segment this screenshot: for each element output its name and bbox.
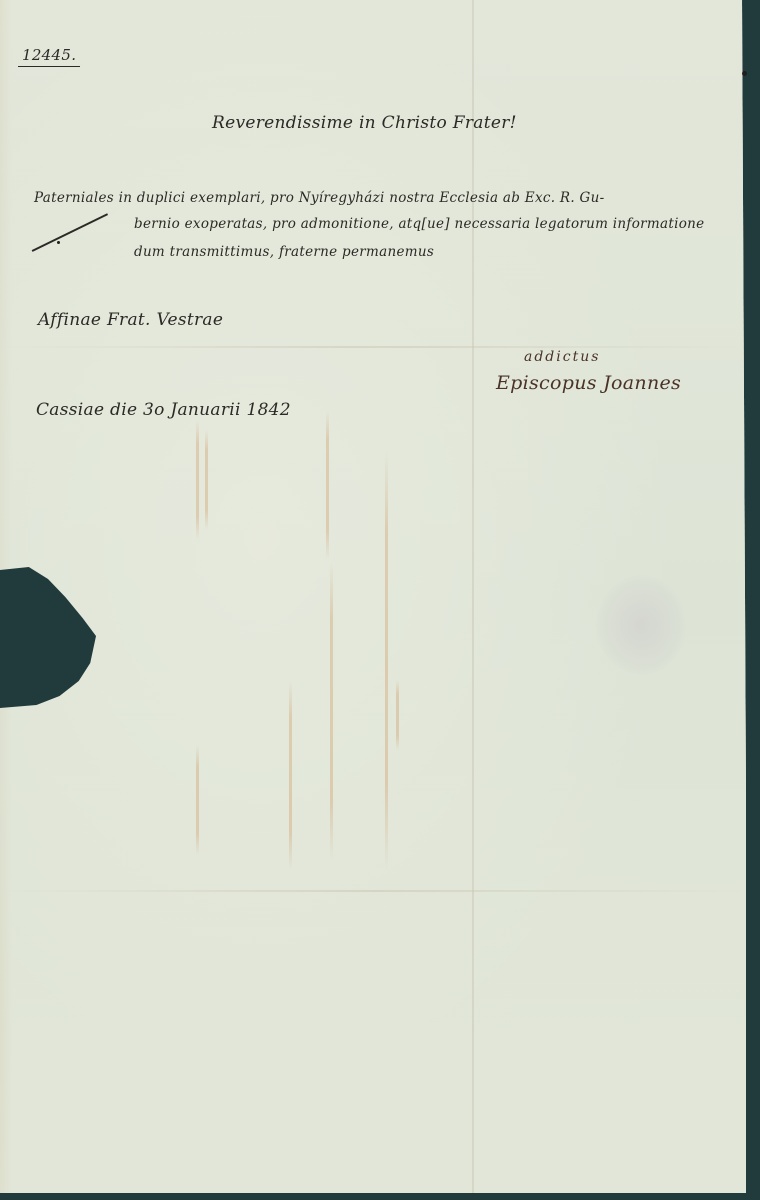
scan-background-bottom	[0, 1193, 760, 1200]
body-line-2: bernio exoperatas, pro admonitione, atq[…	[134, 216, 704, 232]
ink-dot	[57, 241, 60, 244]
bleed-through-ink	[385, 450, 388, 870]
fold-line-vertical	[472, 0, 474, 1193]
bleed-through-ink	[196, 420, 199, 540]
closing-formula: Affinae Frat. Vestrae	[38, 310, 223, 330]
body-line-1: Paterniales in duplici exemplari, pro Ny…	[34, 190, 605, 206]
signature: Episcopus Joannes	[496, 372, 681, 394]
addictus-line: addictus	[524, 349, 600, 365]
bleed-through-ink	[396, 680, 399, 750]
place-and-date: Cassiae die 3o Januarii 1842	[36, 400, 291, 420]
faded-seal-mark	[596, 575, 686, 675]
scan-background-right	[746, 0, 760, 1200]
bleed-through-ink	[330, 560, 333, 860]
fold-line-horizontal	[0, 346, 748, 348]
bleed-through-ink	[196, 745, 199, 855]
bleed-through-ink	[326, 410, 329, 560]
ink-spot	[742, 71, 747, 76]
bleed-through-ink	[205, 430, 208, 530]
reference-number: 12445.	[18, 46, 80, 67]
bleed-through-ink	[289, 680, 292, 870]
salutation: Reverendissime in Christo Frater!	[212, 113, 517, 133]
body-line-3: dum transmittimus, fraterne permanemus	[134, 244, 434, 260]
fold-line-horizontal	[0, 890, 748, 892]
